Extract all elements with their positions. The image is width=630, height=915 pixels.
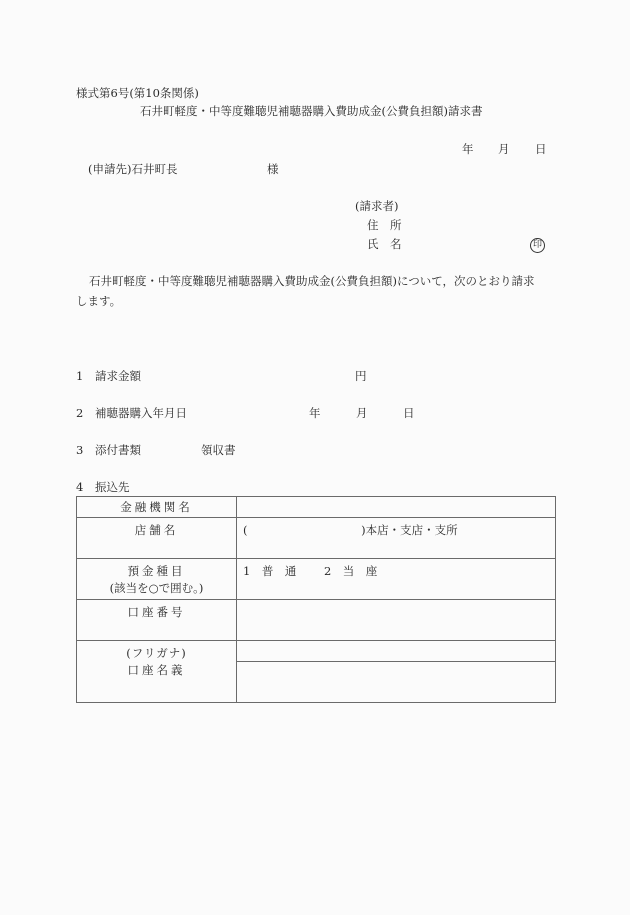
account-holder-kana-label: (フリガナ) — [77, 646, 236, 660]
account-type-option-ordinary[interactable]: 1 普 通 — [243, 564, 296, 578]
form-number: 様式第6号(第10条関係) — [76, 86, 199, 100]
item-1-number: 1 — [76, 369, 83, 383]
bank-name-field[interactable] — [237, 497, 556, 518]
account-number-field[interactable] — [237, 600, 556, 641]
bank-name-label: 金融機関名 — [77, 497, 237, 518]
item-2-label: 補聴器購入年月日 — [95, 406, 187, 420]
item-2-number: 2 — [76, 406, 83, 420]
item-3-value: 領収書 — [201, 443, 236, 457]
claimant-heading: (請求者) — [355, 199, 398, 213]
item-2-day: 日 — [403, 406, 415, 420]
table-row-account-number: 口座番号 — [77, 600, 556, 641]
addressee-honorific: 様 — [267, 162, 279, 176]
branch-open-paren: ( — [243, 523, 248, 537]
account-holder-label: (フリガナ) 口座名義 — [77, 641, 237, 703]
item-3-number: 3 — [76, 443, 83, 457]
account-type-label: 預金種目 (該当を○で囲む。) — [77, 559, 237, 600]
item-1-unit: 円 — [355, 369, 367, 383]
date-day-label: 日 — [535, 142, 547, 156]
account-type-field[interactable]: 1 普 通 2 当 座 — [237, 559, 556, 600]
table-row-account-kana: (フリガナ) 口座名義 — [77, 641, 556, 662]
date-month-label: 月 — [498, 142, 510, 156]
document-title: 石井町軽度・中等度難聴児補聴器購入費助成金(公費負担額)請求書 — [140, 104, 482, 118]
account-type-option-current[interactable]: 2 当 座 — [324, 564, 377, 578]
claimant-name-label: 氏 名 — [367, 237, 402, 251]
claimant-address-label: 住 所 — [367, 218, 402, 232]
body-text-line1: 石井町軽度・中等度難聴児補聴器購入費助成金(公費負担額)について，次のとおり請求 — [89, 274, 535, 288]
branch-field[interactable]: ( )本店・支店・支所 — [237, 518, 556, 559]
account-number-label: 口座番号 — [77, 600, 237, 641]
bank-transfer-table: 金融機関名 店舗名 ( )本店・支店・支所 預金種目 (該当を○で囲む。) 1 … — [76, 496, 556, 703]
addressee-label: (申請先)石井町長 — [88, 162, 177, 176]
item-4-number: 4 — [76, 480, 83, 494]
account-holder-field[interactable] — [237, 662, 556, 703]
branch-type-options: )本店・支店・支所 — [361, 523, 458, 537]
item-2-year: 年 — [309, 406, 321, 420]
item-1-label: 請求金額 — [95, 369, 141, 383]
body-text-line2: します。 — [76, 294, 121, 308]
table-row-bank-name: 金融機関名 — [77, 497, 556, 518]
account-type-sublabel: (該当を○で囲む。) — [77, 581, 236, 595]
table-row-account-type: 預金種目 (該当を○で囲む。) 1 普 通 2 当 座 — [77, 559, 556, 600]
item-3-label: 添付書類 — [95, 443, 141, 457]
seal-icon: 印 — [530, 238, 545, 253]
item-2-month: 月 — [356, 406, 368, 420]
table-row-branch: 店舗名 ( )本店・支店・支所 — [77, 518, 556, 559]
branch-label: 店舗名 — [77, 518, 237, 559]
seal-mark: 印 — [530, 236, 545, 253]
date-year-label: 年 — [462, 142, 474, 156]
account-holder-kana-field[interactable] — [237, 641, 556, 662]
item-4-label: 振込先 — [95, 480, 130, 494]
